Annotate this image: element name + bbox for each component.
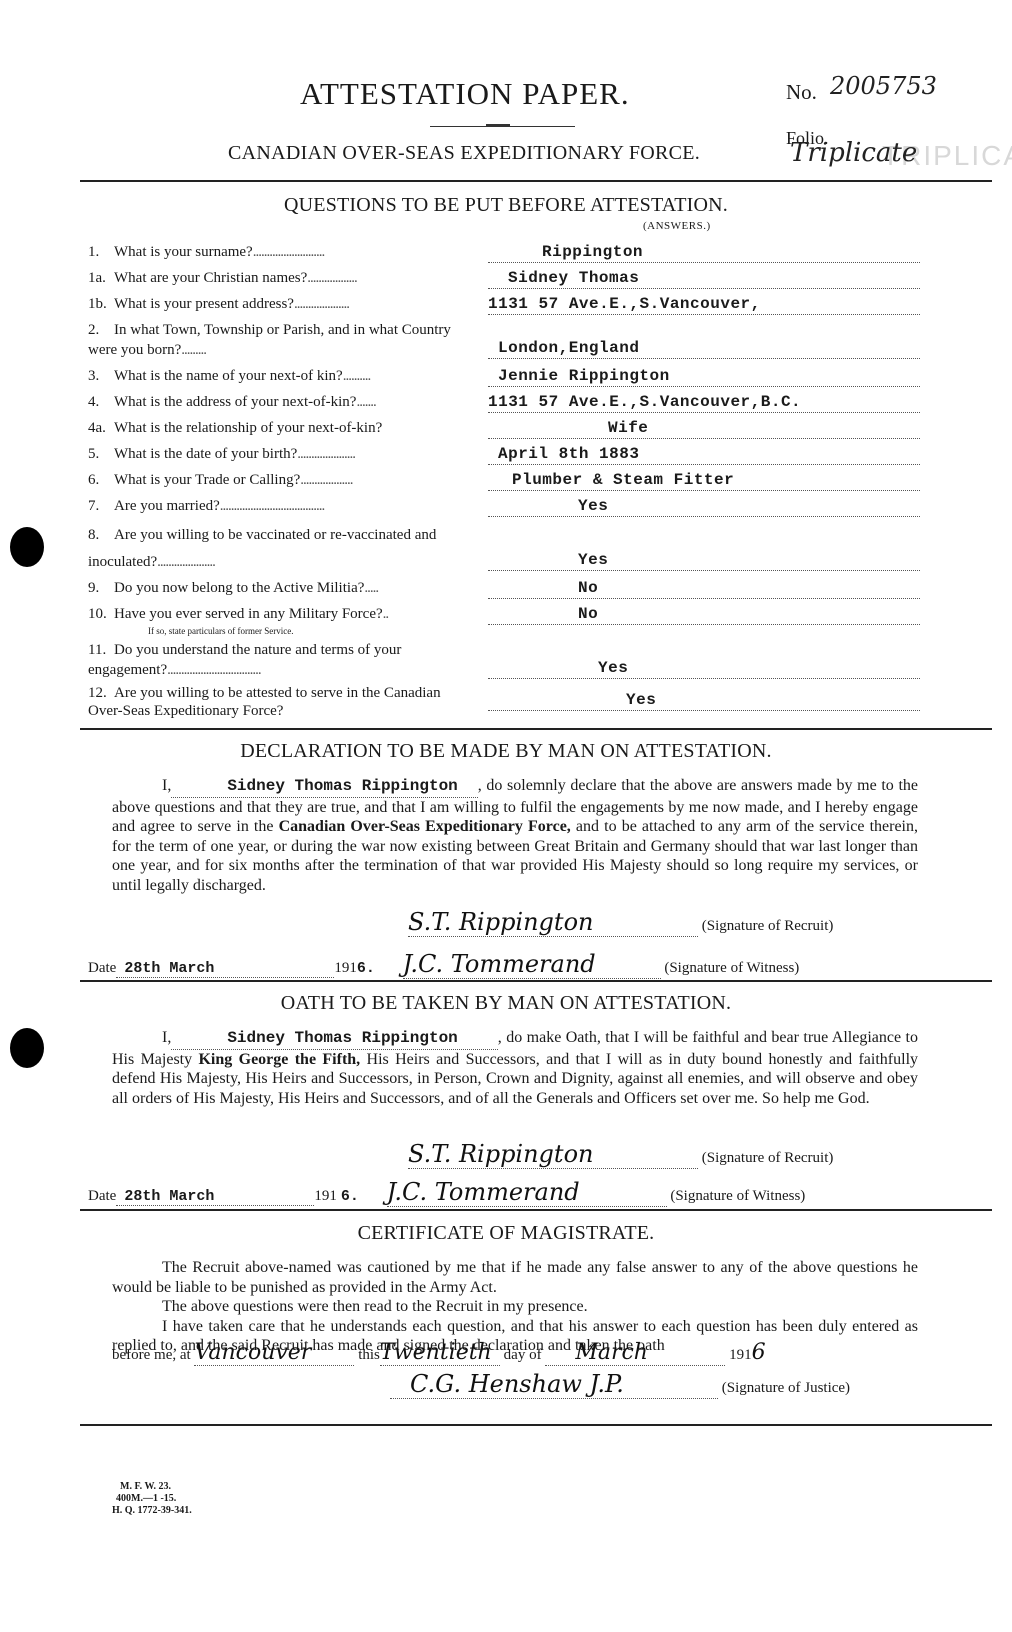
answers-label: (ANSWERS.): [643, 220, 711, 232]
question-4a: 4a.What is the relationship of your next…: [88, 416, 473, 440]
regimental-number: 2005753: [830, 72, 937, 100]
folio-handwritten: Triplicate: [790, 138, 917, 168]
question-3: 3.What is the name of your next-of kin?.…: [88, 364, 473, 388]
question-11: 11.Do you understand the nature and term…: [88, 640, 473, 680]
oath-date: 28th March: [116, 1188, 314, 1206]
form-reference: M. F. W. 23. 400M.—1 -15. H. Q. 1772-39-…: [112, 1481, 192, 1517]
punch-hole: [10, 527, 44, 567]
question-5: 5.What is the date of your birth?.......…: [88, 442, 473, 466]
number-label: No.: [786, 80, 817, 105]
declaration-name: Sidney Thomas Rippington: [171, 777, 477, 798]
question-7: 7.Are you married?......................…: [88, 494, 473, 518]
section-divider: [80, 728, 992, 730]
justice-signature: C.G. Henshaw J.P.: [390, 1370, 718, 1399]
question-1a: 1a.What are your Christian names?.......…: [88, 266, 473, 290]
answer-7: Yes: [488, 496, 920, 517]
question-4: 4.What is the address of your next-of-ki…: [88, 390, 473, 414]
answer-1: Rippington: [488, 242, 920, 263]
questions-heading: QUESTIONS TO BE PUT BEFORE ATTESTATION.: [0, 194, 1012, 217]
oath-witness-signature: J.C. Tommerand: [387, 1178, 667, 1207]
answer-3: Jennie Rippington: [488, 366, 920, 387]
header-divider: [80, 180, 992, 182]
answer-1a: Sidney Thomas: [488, 268, 920, 289]
punch-hole: [10, 1028, 44, 1068]
oath-recruit-signature: S.T. Rippington: [408, 1140, 698, 1169]
answer-9: No: [488, 578, 920, 599]
oath-name: Sidney Thomas Rippington: [171, 1029, 497, 1050]
answer-1b: 1131 57 Ave.E.,S.Vancouver,: [488, 294, 920, 315]
answer-8: Yes: [488, 550, 920, 571]
magistrate-heading: CERTIFICATE OF MAGISTRATE.: [0, 1222, 1012, 1245]
answer-11: Yes: [488, 658, 920, 679]
section-divider: [80, 1424, 992, 1426]
oath-heading: OATH TO BE TAKEN BY MAN ON ATTESTATION.: [0, 992, 1012, 1015]
section-divider: [80, 1209, 992, 1211]
attestation-place: Vancouver: [194, 1340, 354, 1366]
answer-4a: Wife: [488, 418, 920, 439]
oath-recruit-signature-row: S.T. Rippington (Signature of Recruit): [408, 1140, 833, 1169]
answer-12: Yes: [488, 690, 920, 711]
question-10: 10.Have you ever served in any Military …: [88, 602, 473, 636]
oath-text: I,Sidney Thomas Rippington, do make Oath…: [112, 1028, 918, 1108]
justice-signature-label: (Signature of Justice): [722, 1380, 850, 1396]
question-1b: 1b.What is your present address?........…: [88, 292, 473, 316]
title-divider-ornament: [486, 124, 510, 127]
oath-recruit-signature-label: (Signature of Recruit): [702, 1150, 834, 1166]
justice-signature-row: C.G. Henshaw J.P. (Signature of Justice): [390, 1370, 850, 1399]
answer-6: Plumber & Steam Fitter: [488, 470, 920, 491]
attestation-day: Twentieth: [380, 1340, 500, 1366]
declaration-text: I,Sidney Thomas Rippington, do solemnly …: [112, 776, 918, 895]
question-1: 1.What is your surname?.................…: [88, 240, 473, 264]
document-title: ATTESTATION PAPER.: [300, 76, 630, 112]
recruit-signature: S.T. Rippington: [408, 908, 698, 937]
question-9: 9.Do you now belong to the Active Militi…: [88, 576, 473, 600]
question-2: 2.In what Town, Township or Parish, and …: [88, 320, 473, 360]
magistrate-place-date-row: before me, at Vancouver thisTwentieth da…: [112, 1340, 922, 1366]
declaration-recruit-signature-row: S.T. Rippington (Signature of Recruit): [408, 908, 833, 937]
answer-5: April 8th 1883: [488, 444, 920, 465]
question-6: 6.What is your Trade or Calling?........…: [88, 468, 473, 492]
declaration-date: 28th March: [116, 960, 334, 978]
oath-date-row: Date28th March1916. J.C. Tommerand (Sign…: [88, 1178, 918, 1207]
declaration-heading: DECLARATION TO BE MADE BY MAN ON ATTESTA…: [0, 740, 1012, 763]
answer-2: London,England: [488, 338, 920, 359]
oath-witness-signature-label: (Signature of Witness): [670, 1188, 805, 1204]
attestation-month: March: [545, 1340, 725, 1366]
document-subtitle: CANADIAN OVER-SEAS EXPEDITIONARY FORCE.: [228, 142, 700, 165]
declaration-date-row: Date28th March1916. J.C. Tommerand (Sign…: [88, 950, 918, 979]
question-8: 8.Are you willing to be vaccinated or re…: [88, 522, 473, 576]
question-10-note: If so, state particulars of former Servi…: [88, 626, 473, 636]
answer-10: No: [488, 604, 920, 625]
witness-signature: J.C. Tommerand: [403, 950, 661, 979]
recruit-signature-label: (Signature of Recruit): [702, 918, 834, 934]
question-12: 12.Are you willing to be attested to ser…: [88, 684, 473, 720]
section-divider: [80, 980, 992, 982]
witness-signature-label: (Signature of Witness): [664, 960, 799, 976]
answer-4: 1131 57 Ave.E.,S.Vancouver,B.C.: [488, 392, 920, 413]
